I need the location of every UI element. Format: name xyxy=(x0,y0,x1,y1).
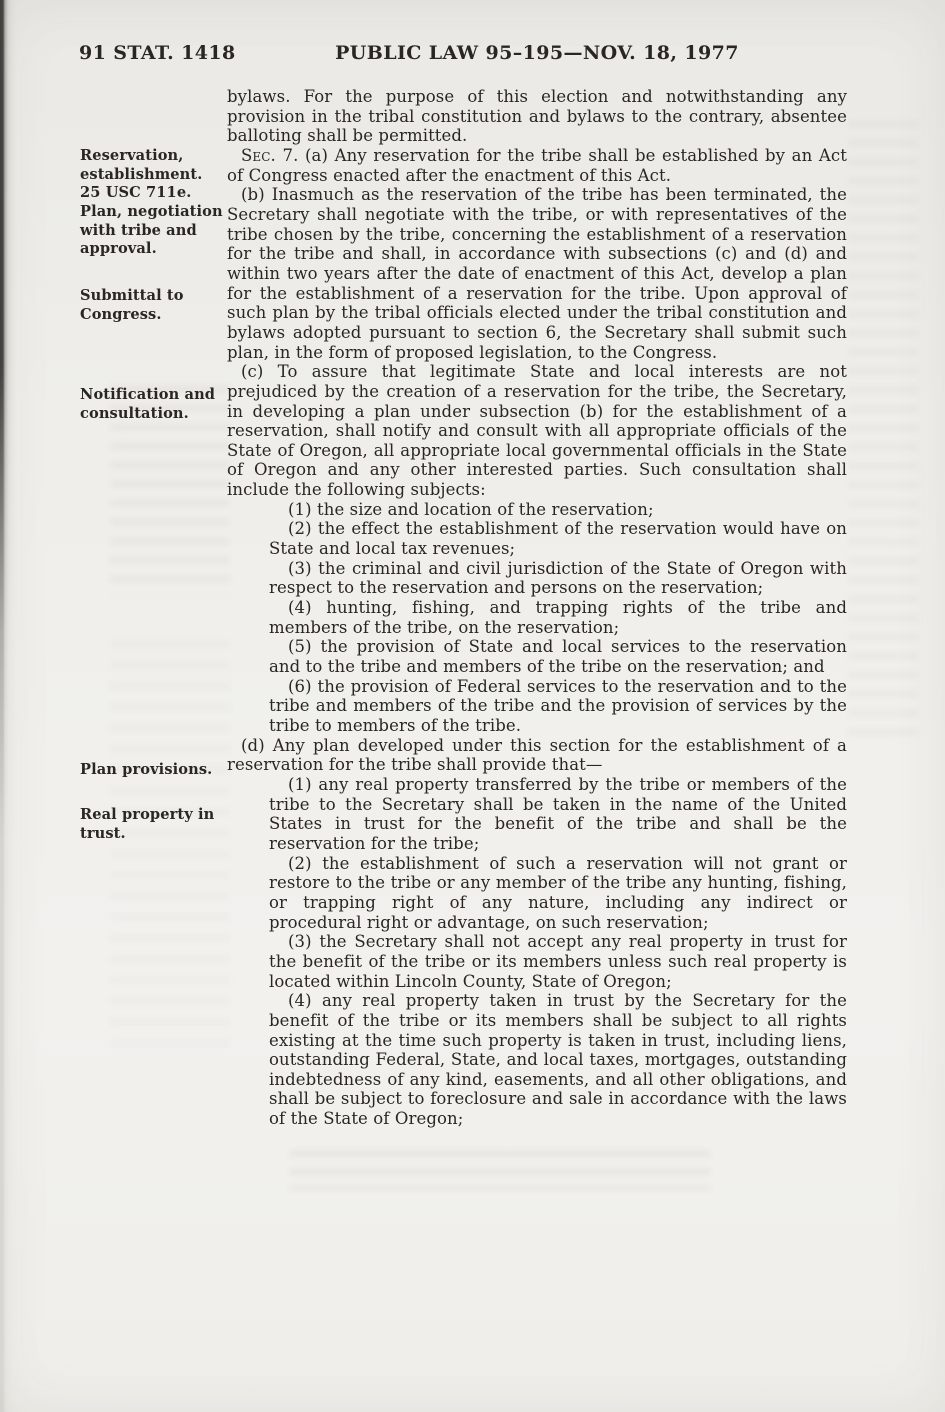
paragraph-sec7a: Sec. 7. (a) Any reservation for the trib… xyxy=(227,146,847,185)
item-d4: (4) any real property taken in trust by … xyxy=(227,991,847,1129)
margin-note-notification-consultation: Notification and consultation. xyxy=(80,386,234,423)
margin-note-plan-negotiation: Plan, negotiation with tribe and approva… xyxy=(80,203,234,259)
margin-notes-column: Reservation, establishment. 25 USC 711e.… xyxy=(0,0,227,1412)
item-c3: (3) the criminal and civil jurisdiction … xyxy=(227,559,847,598)
margin-note-submittal-congress: Submittal to Congress. xyxy=(80,287,234,324)
public-law-title: PUBLIC LAW 95–195—NOV. 18, 1977 xyxy=(227,42,847,64)
bleed-through-smudge xyxy=(848,120,918,740)
paragraph-sec7b: (b) Inasmuch as the reservation of the t… xyxy=(227,185,847,362)
bleed-through-smudge xyxy=(290,1150,710,1190)
item-d3: (3) the Secretary shall not accept any r… xyxy=(227,932,847,991)
paragraph-sec7a-text: (a) Any reservation for the tribe shall … xyxy=(227,146,847,185)
margin-note-real-property-trust: Real property in trust. xyxy=(80,806,234,843)
item-c4: (4) hunting, fishing, and trapping right… xyxy=(227,598,847,637)
paragraph-sec7c: (c) To assure that legitimate State and … xyxy=(227,362,847,500)
statute-scan-page: 91 STAT. 1418 PUBLIC LAW 95–195—NOV. 18,… xyxy=(0,0,945,1412)
item-d1: (1) any real property transferred by the… xyxy=(227,775,847,854)
paragraph-sec7d: (d) Any plan developed under this sectio… xyxy=(227,736,847,775)
item-d2: (2) the establishment of such a reservat… xyxy=(227,854,847,933)
item-c1: (1) the size and location of the reserva… xyxy=(227,500,847,520)
section-label: Sec. 7. xyxy=(241,146,298,165)
margin-note-reservation-establishment: Reservation, establishment. xyxy=(80,147,234,184)
item-c2: (2) the effect the establishment of the … xyxy=(227,519,847,558)
margin-note-plan-provisions: Plan provisions. xyxy=(80,761,234,780)
item-c6: (6) the provision of Federal services to… xyxy=(227,677,847,736)
item-c5: (5) the provision of State and local ser… xyxy=(227,637,847,676)
body-text-column: bylaws. For the purpose of this election… xyxy=(227,87,847,1129)
margin-note-usc-711e: 25 USC 711e. xyxy=(80,184,234,203)
paragraph-bylaws-continuation: bylaws. For the purpose of this election… xyxy=(227,87,847,146)
